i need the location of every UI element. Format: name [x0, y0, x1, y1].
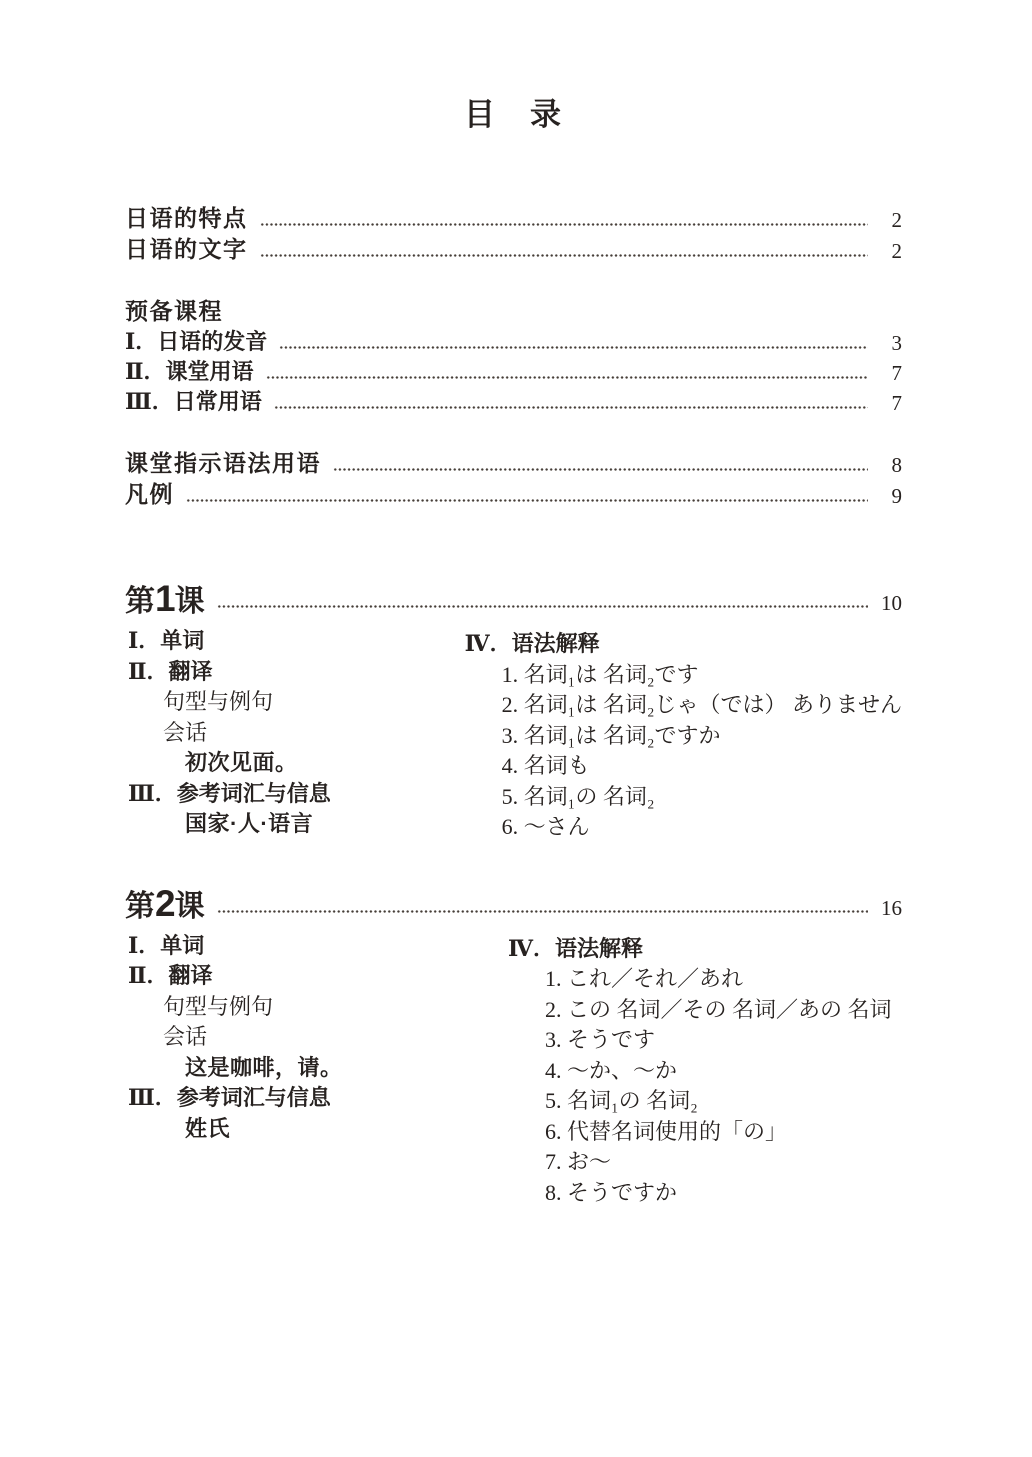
grammar-item: 8. そうですか	[505, 1178, 902, 1209]
lesson-item: 会话	[125, 1022, 505, 1053]
dot-leader	[217, 605, 868, 608]
grammar-item: 1. これ／それ／あれ	[505, 964, 902, 995]
grammar-item: 2. この 名词／その 名词／あの 名词	[505, 995, 902, 1026]
grammar-item: 1. 名词₁は 名词₂です	[462, 660, 902, 691]
lesson-item: 句型与例句	[125, 992, 505, 1023]
toc-page-number: 7	[876, 390, 902, 416]
dot-leader	[333, 468, 868, 471]
toc-page-number: 16	[876, 895, 902, 921]
lesson-item: 姓氏	[125, 1114, 505, 1145]
toc-entry-label: Ⅲ．日常用语	[125, 385, 262, 416]
toc-page: 目 录 日语的特点 2 日语的文字 2 预备课程 Ⅰ．日语的发音 3	[0, 0, 1032, 1457]
lesson-item: 这是咖啡，请。	[125, 1053, 505, 1084]
lesson-item: Ⅲ．参考词汇与信息	[125, 779, 462, 810]
grammar-item: 3. 名词₁は 名词₂ですか	[462, 721, 902, 752]
grammar-item: 5. 名词₁の 名词₂	[505, 1086, 902, 1117]
lesson-left-column: Ⅰ．单词 Ⅱ．翻译 句型与例句 会话 初次见面。 Ⅲ．参考词汇与信息 国家·人·…	[125, 626, 462, 843]
toc-entry: 日语的文字 2	[125, 233, 902, 264]
toc-page-number: 9	[876, 483, 902, 509]
toc-entry: 凡例 9	[125, 478, 902, 509]
dot-leader	[217, 910, 868, 913]
dot-leader	[260, 223, 869, 226]
toc-page-number: 8	[876, 452, 902, 478]
toc-entry: Ⅱ．课堂用语 7	[125, 356, 902, 386]
toc-page-number: 3	[876, 330, 902, 356]
lesson-title-prefix: 第	[125, 585, 155, 618]
toc-page-number: 7	[876, 360, 902, 386]
dot-leader	[279, 346, 868, 349]
grammar-item: 2. 名词₁は 名词₂じゃ（では） ありません	[462, 690, 902, 721]
lesson-item: 句型与例句	[125, 687, 462, 718]
grammar-item: 3. そうです	[505, 1025, 902, 1056]
dot-leader	[274, 406, 868, 409]
lesson-title-prefix: 第	[125, 890, 155, 923]
lesson-item: 国家·人·语言	[125, 809, 462, 840]
toc-entry-label: 日语的特点	[125, 200, 248, 233]
toc-page-number: 10	[876, 590, 902, 616]
toc-entry-label: 课堂指示语法用语	[125, 445, 321, 478]
dot-leader	[186, 499, 868, 502]
lesson-2-section: 第2课 16 Ⅰ．单词 Ⅱ．翻译 句型与例句 会话 这是咖啡，请。 Ⅲ．参考词汇…	[125, 880, 902, 1209]
grammar-item: 6. 代替名词使用的「の」	[505, 1117, 902, 1148]
lesson-number: 2	[155, 883, 175, 924]
prep-course-group: 预备课程 Ⅰ．日语的发音 3 Ⅱ．课堂用语 7 Ⅲ．日常用语 7	[125, 295, 902, 416]
prep-course-heading: 预备课程	[125, 295, 902, 326]
lesson-header: 第2课 16	[125, 880, 902, 922]
lesson-item: 初次见面。	[125, 748, 462, 779]
lesson-title: 第2课	[125, 885, 205, 922]
misc-entries-group: 课堂指示语法用语 8 凡例 9	[125, 447, 902, 509]
toc-entry-label: 凡例	[125, 476, 174, 509]
lesson-right-column: Ⅳ．语法解释 1. これ／それ／あれ 2. この 名词／その 名词／あの 名词 …	[505, 931, 902, 1209]
lesson-item: Ⅰ．单词	[125, 626, 462, 657]
lesson-item: Ⅰ．单词	[125, 931, 505, 962]
toc-entry: Ⅲ．日常用语 7	[125, 386, 902, 416]
dot-leader	[266, 376, 868, 379]
lesson-item: Ⅱ．翻译	[125, 961, 505, 992]
toc-entry: Ⅰ．日语的发音 3	[125, 326, 902, 356]
lesson-grammar-heading: Ⅳ．语法解释	[462, 629, 902, 660]
page-title: 目 录	[125, 98, 902, 132]
section-heading-label: 预备课程	[125, 293, 223, 326]
lesson-columns: Ⅰ．单词 Ⅱ．翻译 句型与例句 会话 初次见面。 Ⅲ．参考词汇与信息 国家·人·…	[125, 626, 902, 843]
lesson-left-column: Ⅰ．单词 Ⅱ．翻译 句型与例句 会话 这是咖啡，请。 Ⅲ．参考词汇与信息 姓氏	[125, 931, 505, 1209]
lesson-header: 第1课 10	[125, 575, 902, 617]
lesson-item: 会话	[125, 718, 462, 749]
lesson-title-suffix: 课	[175, 890, 205, 923]
dot-leader	[260, 254, 869, 257]
front-entries-group: 日语的特点 2 日语的文字 2	[125, 202, 902, 264]
toc-entry: 课堂指示语法用语 8	[125, 447, 902, 478]
grammar-item: 5. 名词₁の 名词₂	[462, 782, 902, 813]
lesson-item: Ⅲ．参考词汇与信息	[125, 1083, 505, 1114]
lesson-title-suffix: 课	[175, 585, 205, 618]
grammar-item: 6. ～さん	[462, 812, 902, 843]
grammar-item: 4. ～か、～か	[505, 1056, 902, 1087]
lesson-1-section: 第1课 10 Ⅰ．单词 Ⅱ．翻译 句型与例句 会话 初次见面。 Ⅲ．参考词汇与信…	[125, 575, 902, 843]
toc-entry-label: Ⅰ．日语的发音	[125, 325, 267, 356]
lesson-item: Ⅱ．翻译	[125, 657, 462, 688]
lesson-columns: Ⅰ．单词 Ⅱ．翻译 句型与例句 会话 这是咖啡，请。 Ⅲ．参考词汇与信息 姓氏 …	[125, 931, 902, 1209]
grammar-item: 7. お～	[505, 1147, 902, 1178]
toc-page-number: 2	[876, 207, 902, 233]
lesson-right-column: Ⅳ．语法解释 1. 名词₁は 名词₂です 2. 名词₁は 名词₂じゃ（では） あ…	[462, 626, 902, 843]
grammar-item: 4. 名词も	[462, 751, 902, 782]
lesson-grammar-heading: Ⅳ．语法解释	[505, 934, 902, 965]
toc-page-number: 2	[876, 238, 902, 264]
toc-entry-label: Ⅱ．课堂用语	[125, 355, 254, 386]
toc-entry: 日语的特点 2	[125, 202, 902, 233]
toc-content: 目 录 日语的特点 2 日语的文字 2 预备课程 Ⅰ．日语的发音 3	[0, 98, 1032, 1208]
toc-entry-label: 日语的文字	[125, 231, 248, 264]
lesson-number: 1	[155, 578, 175, 619]
lesson-title: 第1课	[125, 580, 205, 617]
